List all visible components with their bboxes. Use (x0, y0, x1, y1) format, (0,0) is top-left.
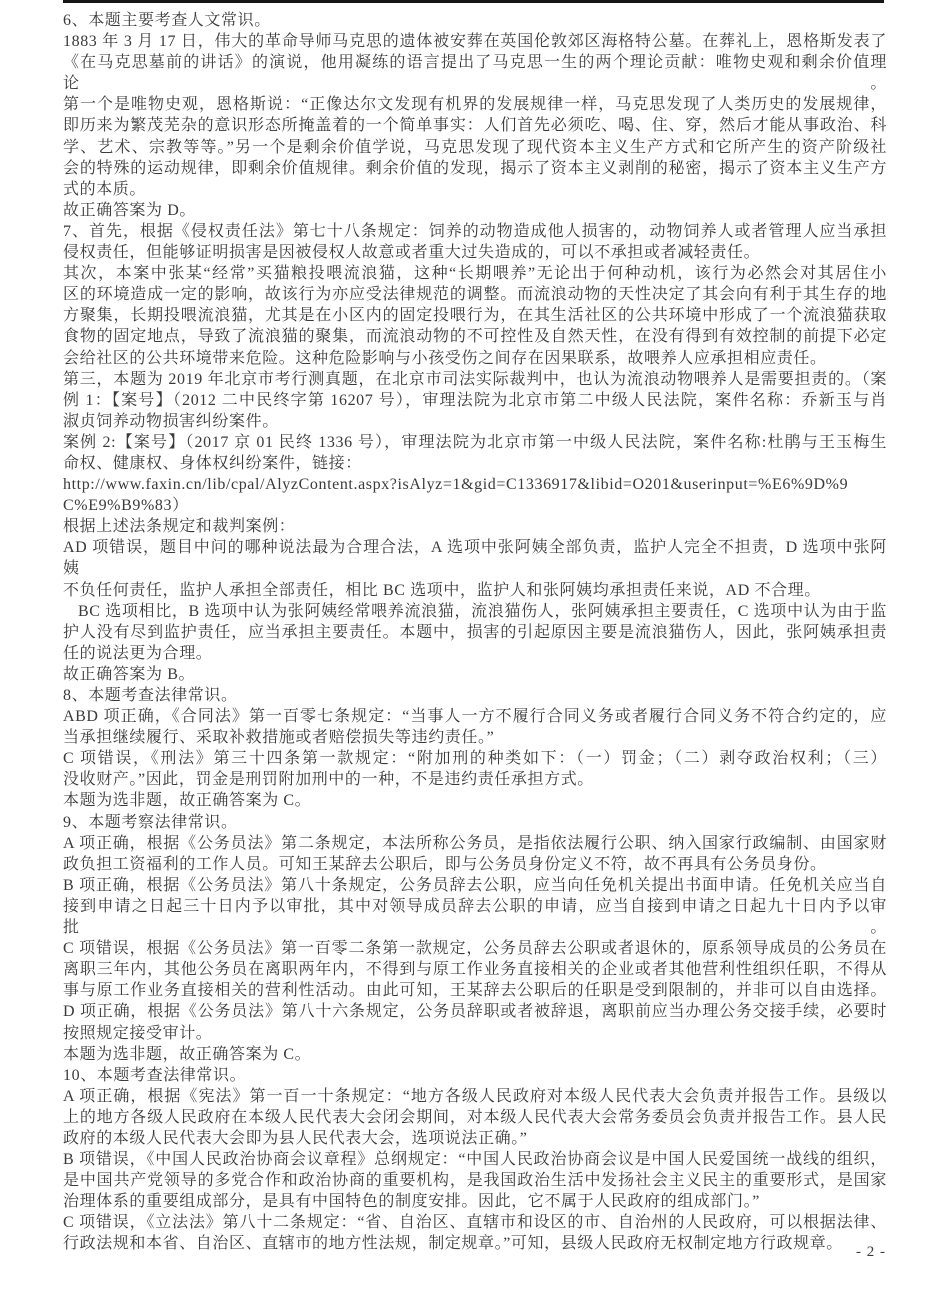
text-line: 故正确答案为 B。 (63, 664, 887, 685)
page-number: - 2 - (856, 1244, 886, 1261)
text-line: A 项正确，根据《宪法》第一百一十条规定：“地方各级人民政府对本级人民代表大会负… (63, 1086, 887, 1107)
text-line: 例 1：【案号】（2012 二中民终字第 16207 号），审理法院为北京市第二… (63, 390, 887, 411)
text-line: 1883 年 3 月 17 日，伟大的革命导师马克思的遗体被安葬在英国伦敦郊区海… (63, 31, 887, 52)
text-line: 故正确答案为 D。 (63, 200, 887, 221)
text-line: 命权、健康权、身体权纠纷案件，链接： (63, 453, 887, 474)
text-line: 会的特殊的运动规律，即剩余价值规律。剩余价值的发现，揭示了资本主义剥削的秘密，揭… (63, 158, 887, 179)
text-line: 本题为选非题，故正确答案为 C。 (63, 1044, 887, 1065)
text-line: 淑贞饲养动物损害纠纷案件。 (63, 411, 887, 432)
text-line: 当承担继续履行、采取补救措施或者赔偿损失等违约责任。” (63, 727, 887, 748)
text-line: 8、本题考查法律常识。 (63, 685, 887, 706)
text-line: 按照规定接受审计。 (63, 1023, 887, 1044)
text-line: 会给社区的公共环境带来危险。这种危险影响与小孩受伤之间存在因果联系，故喂养人应承… (63, 348, 887, 369)
text-line: ABD 项正确，《合同法》第一百零七条规定：“当事人一方不履行合同义务或者履行合… (63, 706, 887, 727)
text-line: 区的环境造成一定的影响，故该行为亦应受法律规范的调整。而流浪动物的天性决定了其会… (63, 284, 887, 305)
text-line: http://www.faxin.cn/lib/cpal/AlyzContent… (63, 474, 887, 495)
text-line: AD 项错误，题目中问的哪种说法最为合理合法，A 选项中张阿姨全部负责，监护人完… (63, 537, 887, 579)
text-line: 式的本质。 (63, 179, 887, 200)
text-line: 9、本题考察法律常识。 (63, 812, 887, 833)
text-line: 任的说法更为合理。 (63, 643, 887, 664)
text-line: 方聚集，长期投喂流浪猫，尤其是在小区内的固定投喂行为，在其生活社区的公共环境中形… (63, 305, 887, 326)
text-line: C 项错误，根据《公务员法》第一百零二条第一款规定，公务员辞去公职或者退休的，原… (63, 938, 887, 959)
text-line: C%E9%B9%83） (63, 495, 887, 516)
text-line: B 项正确，根据《公务员法》第八十条规定，公务员辞去公职，应当向任免机关提出书面… (63, 875, 887, 896)
text-line: 政负担工资福利的工作人员。可知王某辞去公职后，即与公务员身份定义不符，故不再具有… (63, 854, 887, 875)
text-line: 护人没有尽到监护责任，应当承担主要责任。本题中，损害的引起原因主要是流浪猫伤人，… (63, 622, 887, 643)
text-line: 6、本题主要考查人文常识。 (63, 10, 887, 31)
text-line: A 项正确，根据《公务员法》第二条规定，本法所称公务员，是指依法履行公职、纳入国… (63, 833, 887, 854)
text-line: 治理体系的重要组成部分，是具有中国特色的制度安排。因此，它不属于人民政府的组成部… (63, 1191, 887, 1212)
text-line: 行政法规和本省、自治区、直辖市的地方性法规，制定规章。”可知，县级人民政府无权制… (63, 1233, 887, 1254)
text-content: 6、本题主要考查人文常识。1883 年 3 月 17 日，伟大的革命导师马克思的… (63, 10, 887, 1255)
text-line: 不负任何责任，监护人承担全部责任，相比 BC 选项中，监护人和张阿姨均承担责任来… (63, 580, 887, 601)
text-line: 是中国共产党领导的多党合作和政治协商的重要机构，是我国政治生活中发扬社会主义民主… (63, 1170, 887, 1191)
text-line: B 项错误，《中国人民政治协商会议章程》总纲规定：“中国人民政治协商会议是中国人… (63, 1149, 887, 1170)
text-line: BC 选项相比，B 选项中认为张阿姨经常喂养流浪猫，流浪猫伤人，张阿姨承担主要责… (63, 601, 887, 622)
text-line: 其次，本案中张某“经常”买猫粮投喂流浪猫，这种“长期喂养”无论出于何种动机，该行… (63, 263, 887, 284)
text-line: 没收财产。”因此，罚金是刑罚附加刑中的一种，不是违约责任承担方式。 (63, 769, 887, 790)
text-line: 学、艺术、宗教等等。”另一个是剩余价值学说，马克思发现了现代资本主义生产方式和它… (63, 137, 887, 158)
text-line: 第一个是唯物史观，恩格斯说：“正像达尔文发现有机界的发展规律一样，马克思发现了人… (63, 94, 887, 115)
text-line: C 项错误，《立法法》第八十二条规定：“省、自治区、直辖市和设区的市、自治州的人… (63, 1212, 887, 1233)
document-page: 6、本题主要考查人文常识。1883 年 3 月 17 日，伟大的革命导师马克思的… (0, 0, 950, 1303)
header-rule (63, 0, 884, 3)
text-line: 7、首先，根据《侵权责任法》第七十八条规定：饲养的动物造成他人损害的，动物饲养人… (63, 221, 887, 242)
text-line: 本题为选非题，故正确答案为 C。 (63, 790, 887, 811)
text-line: 接到申请之日起三十日内予以审批，其中对领导成员辞去公职的申请，应当自接到申请之日… (63, 896, 887, 938)
text-line: 侵权责任，但能够证明损害是因被侵权人故意或者重大过失造成的，可以不承担或者减轻责… (63, 242, 887, 263)
text-line: 事与原工作业务直接相关的营利性活动。由此可知，王某辞去公职后的任职是受到限制的，… (63, 980, 887, 1001)
text-line: 根据上述法条规定和裁判案例： (63, 516, 887, 537)
text-line: 政府的本级人民代表大会即为县人民代表大会，选项说法正确。” (63, 1128, 887, 1149)
text-line: 10、本题考查法律常识。 (63, 1065, 887, 1086)
text-line: 上的地方各级人民政府在本级人民代表大会闭会期间，对本级人民代表大会常务委员会负责… (63, 1107, 887, 1128)
text-line: 第三，本题为 2019 年北京市考行测真题，在北京市司法实际裁判中，也认为流浪动… (63, 369, 887, 390)
text-line: 食物的固定地点，导致了流浪猫的聚集，而流浪动物的不可控性及自然天性，在没有得到有… (63, 326, 887, 347)
text-line: 离职三年内，其他公务员在离职两年内，不得到与原工作业务直接相关的企业或者其他营利… (63, 959, 887, 980)
text-line: 案例 2:【案号】（2017 京 01 民终 1336 号），审理法院为北京市第… (63, 432, 887, 453)
text-line: 《在马克思墓前的讲话》的演说，他用凝练的语言提出了马克思一生的两个理论贡献：唯物… (63, 52, 887, 94)
text-line: 即历来为繁茂芜杂的意识形态所掩盖着的一个简单事实：人们首先必须吃、喝、住、穿，然… (63, 115, 887, 136)
text-line: C 项错误，《刑法》第三十四条第一款规定：“附加刑的种类如下：（一）罚金；（二）… (63, 748, 887, 769)
text-line: D 项正确，根据《公务员法》第八十六条规定，公务员辞职或者被辞退，离职前应当办理… (63, 1001, 887, 1022)
